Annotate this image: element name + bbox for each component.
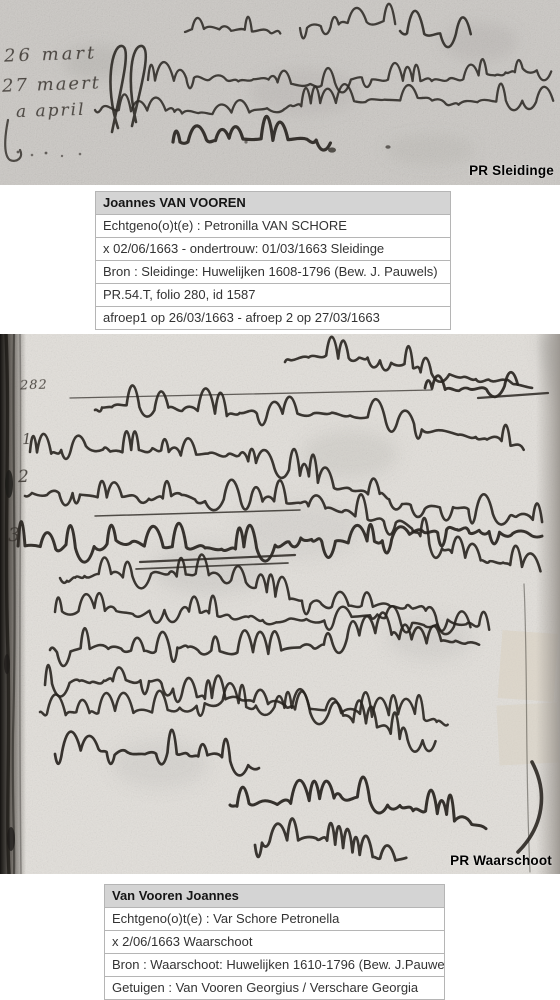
record-field-row: Bron : Sleidinge: Huwelijken 1608-1796 (… [96,261,451,284]
record-field-row: Bron : Waarschoot: Huwelijken 1610-1796 … [105,954,445,977]
record-field-row: afroep1 op 26/03/1663 - afroep 2 op 27/0… [96,307,451,330]
marriage-date-field: x 02/06/1663 - ondertrouw: 01/03/1663 Sl… [96,238,451,261]
manuscript-scan-sleidinge: 26 mart 27 maert a april PR Sleidinge [0,0,560,185]
margin-bann-mark: 1 [22,430,32,448]
record-field-row: PR.54.T, folio 280, id 1587 [96,284,451,307]
banns-field: afroep1 op 26/03/1663 - afroep 2 op 27/0… [96,307,451,330]
paper-grain [0,334,560,874]
source-field: Bron : Sleidinge: Huwelijken 1608-1796 (… [96,261,451,284]
record-title-row: Van Vooren Joannes [105,885,445,908]
record-table-waarschoot: Van Vooren Joannes Echtgeno(o)t(e) : Var… [104,884,445,1000]
margin-date-note: a april [16,100,86,122]
manuscript-scan-waarschoot: 282 1 2 3 PR Waarschoot [0,334,560,874]
manuscript2-image [0,334,560,874]
margin-date-note: 27 maert [2,72,102,96]
record-table-sleidinge: Joannes VAN VOOREN Echtgeno(o)t(e) : Pet… [95,191,451,330]
record-field-row: x 2/06/1663 Waarschoot [105,931,445,954]
margin-bann-mark: 3 [8,524,21,546]
margin-bann-mark: 2 [18,467,30,487]
record-title: Van Vooren Joannes [105,885,445,908]
record-field-row: Getuigen : Van Vooren Georgius / Verscha… [105,977,445,1000]
spouse-field: Echtgeno(o)t(e) : Petronilla VAN SCHORE [96,215,451,238]
witnesses-field: Getuigen : Van Vooren Georgius / Verscha… [105,977,445,1000]
folio-field: PR.54.T, folio 280, id 1587 [96,284,451,307]
record-field-row: x 02/06/1663 - ondertrouw: 01/03/1663 Sl… [96,238,451,261]
scan-source-label: PR Waarschoot [450,853,552,868]
record-title-row: Joannes VAN VOOREN [96,192,451,215]
marriage-date-field: x 2/06/1663 Waarschoot [105,931,445,954]
spouse-field: Echtgeno(o)t(e) : Var Schore Petronella [105,908,445,931]
record-title: Joannes VAN VOOREN [96,192,451,215]
record-field-row: Echtgeno(o)t(e) : Petronilla VAN SCHORE [96,215,451,238]
genealogy-page: 26 mart 27 maert a april PR Sleidinge Jo… [0,0,560,1000]
margin-date-note: 26 mart [4,42,98,66]
record-field-row: Echtgeno(o)t(e) : Var Schore Petronella [105,908,445,931]
margin-entry-number: 282 [20,378,48,394]
source-field: Bron : Waarschoot: Huwelijken 1610-1796 … [105,954,445,977]
scan-source-label: PR Sleidinge [469,163,554,178]
